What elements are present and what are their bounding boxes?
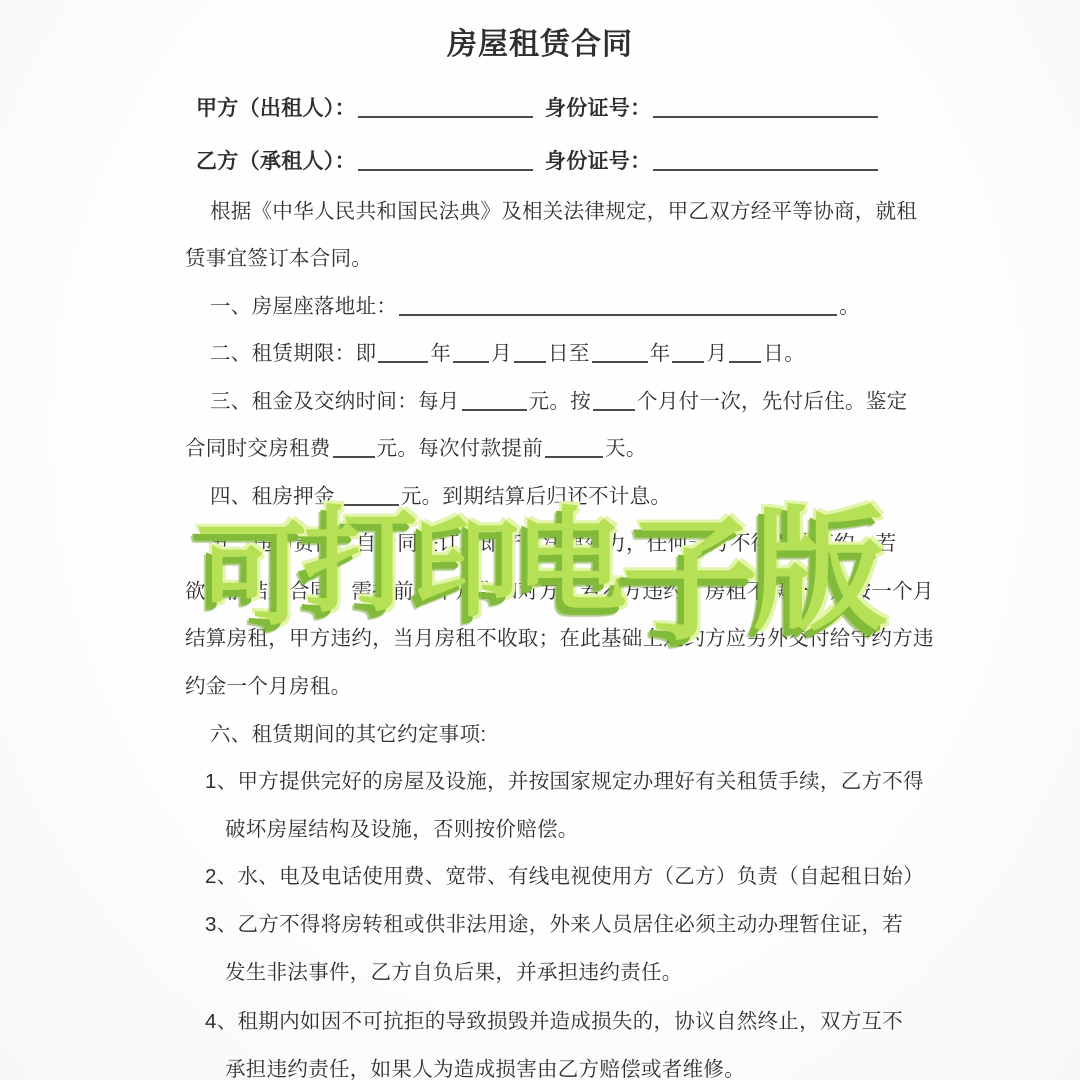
- term-month-blank-2: [672, 343, 704, 363]
- term-text-2: 月: [491, 342, 512, 365]
- party-b-id-label: 身份证号：: [545, 150, 652, 173]
- item-1-line-2: 破坏房屋结构及设施，否则按价赔偿。: [225, 815, 579, 845]
- party-b-role-label: 乙方（承租人）：: [196, 150, 356, 173]
- clause-breach-line-1: 五、违约责任：自合同签订后即产生法律效力，任何一方不得无故悔约，若: [210, 529, 896, 559]
- term-text-0: 二、租赁期限：即: [210, 342, 376, 365]
- rental-contract-document: 房屋租赁合同 甲方（出租人）：身份证号： 乙方（承租人）：身份证号： 根据《中华…: [0, 0, 1080, 1080]
- party-a-id-label: 身份证号：: [545, 97, 652, 120]
- term-text-4: 年: [650, 342, 671, 365]
- address-blank: [399, 296, 837, 316]
- clause-rent-line-2: 合同时交房租费元。每次付款提前天。: [185, 434, 647, 464]
- rent-fee-blank: [333, 438, 375, 458]
- item-3-line-2: 发生非法事件，乙方自负后果，并承担违约责任。: [225, 958, 683, 988]
- term-month-blank-1: [453, 343, 489, 363]
- deposit-amount-blank: [337, 486, 399, 506]
- term-text-1: 年: [430, 342, 451, 365]
- clause-address: 一、房屋座落地址：。: [210, 292, 860, 322]
- rent-text-0: 三、租金及交纳时间：每月: [210, 390, 460, 413]
- intro-line-1: 根据《中华人民共和国民法典》及相关法律规定，甲乙双方经平等协商，就租: [210, 197, 917, 227]
- rent-text-3: 合同时交房租费: [185, 437, 331, 460]
- rent-days-blank: [545, 438, 603, 458]
- rent-text-5: 天。: [605, 437, 647, 460]
- term-day-blank-2: [729, 343, 761, 363]
- rent-months-blank: [593, 391, 635, 411]
- intro-line-2: 赁事宜签订本合同。: [185, 244, 372, 274]
- clause-breach-line-3: 结算房租，甲方违约，当月房租不收取；在此基础上违约方应另外交付给守约方违: [185, 624, 934, 654]
- term-year-blank-1: [378, 343, 428, 363]
- term-year-blank-2: [592, 343, 648, 363]
- clause-deposit: 四、租房押金元。到期结算后归还不计息。: [210, 482, 671, 512]
- party-b-row: 乙方（承租人）：身份证号：: [196, 147, 880, 177]
- rent-text-1: 元。按: [529, 390, 591, 413]
- page-title: 房屋租赁合同: [0, 26, 1080, 64]
- term-text-5: 月: [706, 342, 727, 365]
- clause-breach-line-2: 欲提前结束合同，需提前一个月告知对方，若乙方违约，房租不满一个月按一个月: [185, 577, 934, 607]
- rent-text-2: 个月付一次，先付后住。鉴定: [637, 390, 907, 413]
- clause-address-label: 一、房屋座落地址：: [210, 295, 397, 318]
- rent-amount-blank: [462, 391, 527, 411]
- item-4-line-1: 4、租期内如因不可抗拒的导致损毁并造成损失的，协议自然终止，双方互不: [205, 1007, 903, 1037]
- clause-rent-line-1: 三、租金及交纳时间：每月元。按个月付一次，先付后住。鉴定: [210, 387, 907, 417]
- item-1-line-1: 1、甲方提供完好的房屋及设施，并按国家规定办理好有关租赁手续，乙方不得: [205, 767, 924, 797]
- party-b-name-blank: [358, 151, 533, 171]
- item-3-line-1: 3、乙方不得将房转租或供非法用途，外来人员居住必须主动办理暂住证，若: [205, 910, 903, 940]
- clause-other-heading: 六、租赁期间的其它约定事项:: [210, 720, 486, 750]
- party-a-row: 甲方（出租人）：身份证号：: [196, 94, 880, 124]
- rent-text-4: 元。每次付款提前: [377, 437, 543, 460]
- item-2-line-1: 2、水、电及电话使用费、宽带、有线电视使用方（乙方）负责（自起租日始）: [205, 862, 924, 892]
- term-text-6: 日。: [763, 342, 805, 365]
- party-a-id-blank: [653, 98, 878, 118]
- party-a-name-blank: [358, 98, 533, 118]
- clause-breach-line-4: 约金一个月房租。: [185, 672, 351, 702]
- term-text-3: 日至: [548, 342, 590, 365]
- clause-address-period: 。: [839, 295, 860, 318]
- deposit-text-1: 元。到期结算后归还不计息。: [401, 485, 671, 508]
- item-4-line-2: 承担违约责任，如果人为造成损害由乙方赔偿或者维修。: [225, 1055, 745, 1080]
- term-day-blank-1: [514, 343, 546, 363]
- clause-term: 二、租赁期限：即年月日至年月日。: [210, 339, 805, 369]
- party-a-role-label: 甲方（出租人）：: [196, 97, 356, 120]
- party-b-id-blank: [653, 151, 878, 171]
- deposit-text-0: 四、租房押金: [210, 485, 335, 508]
